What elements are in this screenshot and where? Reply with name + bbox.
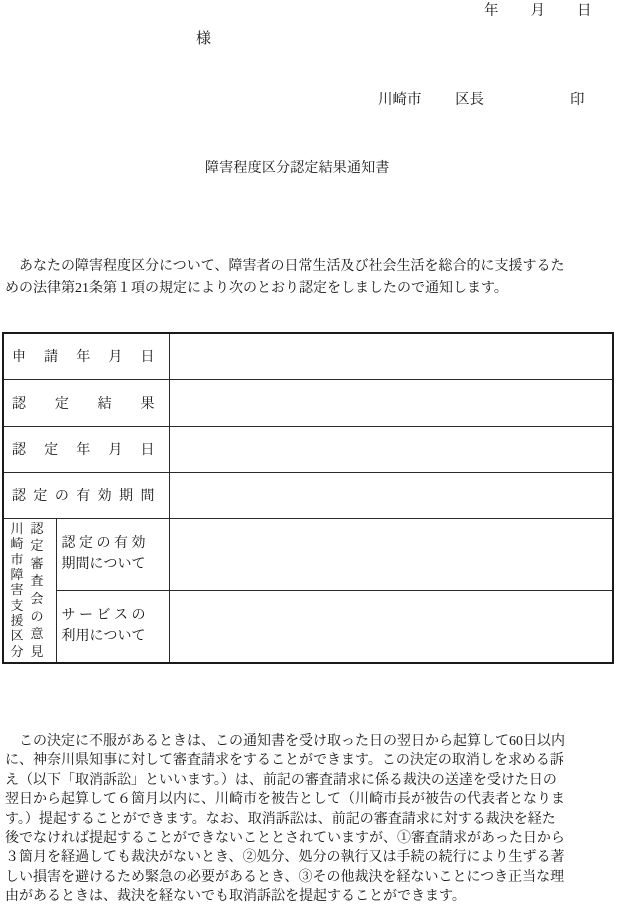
row-label-certification-date: 認定年月日	[3, 426, 169, 472]
table-row: 認定年月日	[3, 426, 613, 472]
intro-paragraph: あなたの障害程度区分について、障害者の日常生活及び社会生活を総合的に支援するため…	[5, 256, 564, 301]
day-label: 日	[577, 3, 592, 19]
table-row: 申請年月日	[3, 333, 613, 379]
sub-label-validity-period-opinion: 認定の有効 期間について	[56, 518, 169, 590]
table-row: サービスの 利用について	[3, 590, 613, 663]
value-service-opinion	[169, 590, 613, 663]
notification-document: 年 月 日 様 川崎市 区長 印 障害程度区分認定結果通知書 あなたの障害程度区…	[0, 0, 617, 905]
value-validity-period	[169, 472, 613, 518]
row-label-validity-period: 認定の有効期間	[3, 472, 169, 518]
sender-ward-title: 区長	[455, 92, 484, 108]
value-certification-date	[169, 426, 613, 472]
issue-date-line: 年 月 日	[484, 3, 592, 19]
month-label: 月	[531, 3, 546, 19]
vertical-label-left: 川崎市障害支援区分	[10, 522, 24, 659]
value-certification-result	[169, 379, 613, 426]
vertical-label-right: 認定審査会の意見	[30, 522, 44, 659]
appeal-notice-paragraph: この決定に不服があるときは、この通知書を受け取った日の翌日から起算して60日以内…	[5, 732, 565, 905]
document-title: 障害程度区分認定結果通知書	[205, 160, 390, 178]
table-row: 認定結果	[3, 379, 613, 426]
value-validity-opinion	[169, 518, 613, 590]
certification-table: 申請年月日 認定結果 認定年月日 認定の有効期間 川崎市障害支援区	[2, 332, 614, 664]
year-label: 年	[484, 3, 499, 19]
table-row: 認定の有効期間	[3, 472, 613, 518]
sub-label-service-use-opinion: サービスの 利用について	[56, 590, 169, 663]
review-board-vertical-label: 川崎市障害支援区分 認定審査会の意見	[3, 518, 56, 663]
value-application-date	[169, 333, 613, 379]
addressee-honorific: 様	[196, 31, 211, 48]
row-label-certification-result: 認定結果	[3, 379, 169, 426]
sender-city: 川崎市	[378, 92, 422, 108]
row-label-application-date: 申請年月日	[3, 333, 169, 379]
table-row: 川崎市障害支援区分 認定審査会の意見 認定の有効 期間について	[3, 518, 613, 590]
seal-placeholder: 印	[570, 92, 585, 108]
